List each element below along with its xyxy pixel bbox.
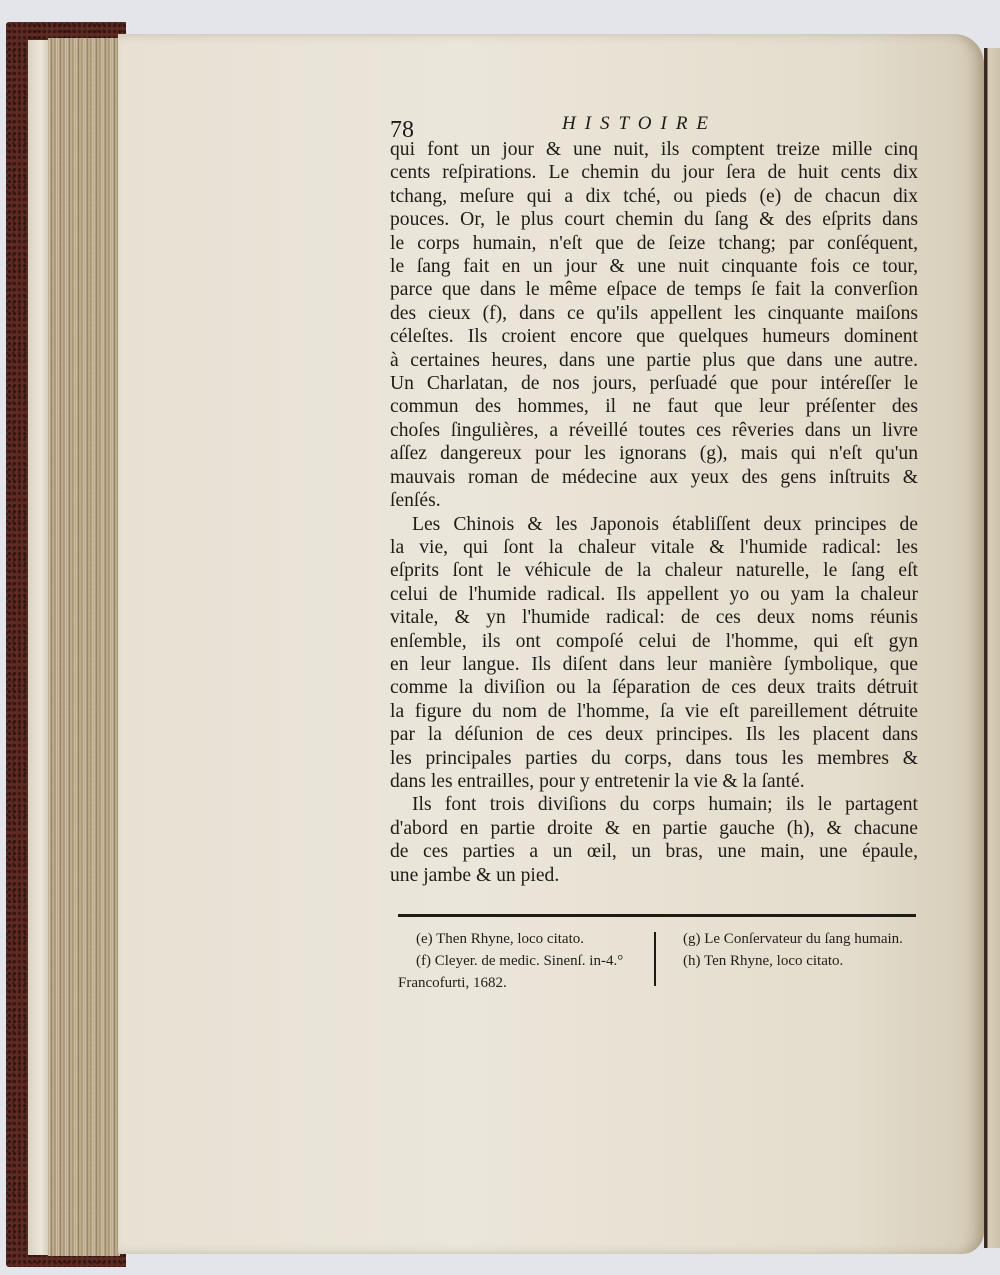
footnote-rule (398, 914, 916, 917)
text-line: parce que dans le même eſpace de temps ſ… (390, 278, 918, 301)
text-line: la vie, qui ſont la chaleur vitale & l'h… (390, 536, 918, 559)
footnote-f-continued: Francofurti, 1682. (398, 972, 648, 994)
text-line: tchang, meſure qui a dix tché, ou pieds … (390, 185, 918, 208)
footnotes-right-column: (g) Le Conſervateur du ſang humain. (h) … (683, 928, 923, 972)
text-line: Un Charlatan, de nos jours, perſuadé que… (390, 372, 918, 395)
endpaper (28, 40, 50, 1255)
text-line: mauvais roman de médecine aux yeux des g… (390, 466, 918, 489)
footnote-e: (e) Then Rhyne, loco citato. (398, 928, 648, 950)
text-line: en leur langue. Ils diſent dans leur man… (390, 653, 918, 676)
footnote-f: (f) Cleyer. de medic. Sinenſ. in-4.° (398, 950, 648, 972)
text-line: choſes ſingulières, a réveillé toutes ce… (390, 419, 918, 442)
running-head-title: HISTOIRE (562, 114, 717, 134)
text-line: commun des hommes, il ne faut que leur p… (390, 395, 918, 418)
page-edges (48, 38, 120, 1256)
text-line: comme la diviſion ou la ſéparation de ce… (390, 676, 918, 699)
text-line: celui de l'humide radical. Ils appellent… (390, 583, 918, 606)
text-line: pouces. Or, le plus court chemin du ſang… (390, 208, 918, 231)
text-line: enſemble, ils ont compoſé celui de l'hom… (390, 630, 918, 653)
text-line: par la déſunion de ces deux principes. I… (390, 723, 918, 746)
footnote-column-divider (654, 932, 656, 986)
text-line: ſenſés. (390, 489, 918, 512)
text-line: cents reſpirations. Le chemin du jour ſe… (390, 161, 918, 184)
text-line: les principales parties du corps, dans t… (390, 747, 918, 770)
text-line: de ces parties a un œil, un bras, une ma… (390, 840, 918, 863)
footnotes-left-column: (e) Then Rhyne, loco citato. (f) Cleyer.… (398, 928, 648, 994)
paragraph-start: Ils font trois diviſions du corps humain… (390, 793, 918, 816)
page-text: 78 HISTOIRE qui font un jour & une nuit,… (390, 112, 918, 887)
footnote-h: (h) Ten Rhyne, loco citato. (683, 950, 923, 972)
text-line: à certaines heures, dans une partie plus… (390, 349, 918, 372)
running-head: 78 HISTOIRE (390, 112, 918, 136)
footnote-g: (g) Le Conſervateur du ſang humain. (683, 928, 923, 950)
text-line: le corps humain, n'eſt que de ſeize tcha… (390, 232, 918, 255)
text-line: vitale, & yn l'humide radical: de ces de… (390, 606, 918, 629)
text-line: une jambe & un pied. (390, 864, 918, 887)
facing-page-edge (984, 48, 1000, 1248)
text-line: céleſtes. Ils croient encore que quelque… (390, 325, 918, 348)
paragraph-start: Les Chinois & les Japonois établiſſent d… (390, 513, 918, 536)
text-line: des cieux (f), dans ce qu'ils appellent … (390, 302, 918, 325)
text-line: dans les entrailles, pour y entretenir l… (390, 770, 918, 793)
page-number: 78 (390, 118, 414, 142)
text-line: d'abord en partie droite & en partie gau… (390, 817, 918, 840)
text-line: la figure du nom de l'homme, ſa vie eſt … (390, 700, 918, 723)
text-line: le ſang fait en un jour & une nuit cinqu… (390, 255, 918, 278)
text-line: aſſez dangereux pour les ignorans (g), m… (390, 442, 918, 465)
text-line: eſprits ſont le véhicule de la chaleur n… (390, 559, 918, 582)
text-line: qui font un jour & une nuit, ils compten… (390, 138, 918, 161)
